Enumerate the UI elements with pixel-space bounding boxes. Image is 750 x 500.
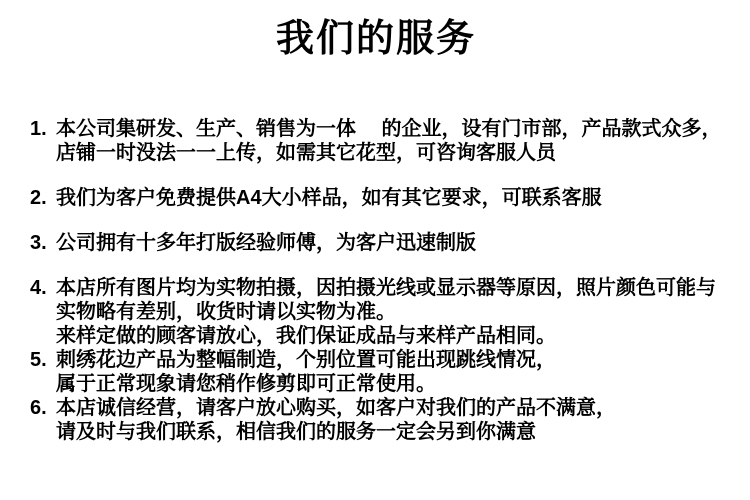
service-line: 本店所有图片均为实物拍摄，因拍摄光线或显示器等原因，照片颜色可能与 xyxy=(56,276,722,300)
item-number: 3. xyxy=(30,231,56,255)
service-line: 我们为客户免费提供A4大小样品，如有其它要求，可联系客服 xyxy=(56,186,722,210)
item-lines: 刺绣花边产品为整幅制造，个别位置可能出现跳线情况， 属于正常现象请您稍作修剪即可… xyxy=(56,348,722,396)
service-item-5: 5. 刺绣花边产品为整幅制造，个别位置可能出现跳线情况， 属于正常现象请您稍作修… xyxy=(30,348,722,396)
service-item-4: 4. 本店所有图片均为实物拍摄，因拍摄光线或显示器等原因，照片颜色可能与 实物略… xyxy=(30,276,722,348)
item-lines: 本店诚信经营，请客户放心购买，如客户对我们的产品不满意， 请及时与我们联系，相信… xyxy=(56,396,722,444)
service-line: 本公司集研发、生产、销售为一体 的企业，设有门市部，产品款式众多， xyxy=(56,117,722,141)
item-number: 5. xyxy=(30,348,56,372)
service-line: 来样定做的顾客请放心，我们保证成品与来样产品相同。 xyxy=(56,324,722,348)
service-line: 属于正常现象请您稍作修剪即可正常使用。 xyxy=(56,372,722,396)
service-item-1: 1. 本公司集研发、生产、销售为一体 的企业，设有门市部，产品款式众多， 店铺一… xyxy=(30,117,722,165)
page-title: 我们的服务 xyxy=(30,16,722,62)
service-list: 1. 本公司集研发、生产、销售为一体 的企业，设有门市部，产品款式众多， 店铺一… xyxy=(30,117,722,444)
item-lines: 我们为客户免费提供A4大小样品，如有其它要求，可联系客服 xyxy=(56,186,722,210)
service-item-6: 6. 本店诚信经营，请客户放心购买，如客户对我们的产品不满意， 请及时与我们联系… xyxy=(30,396,722,444)
service-notice-page: 我们的服务 1. 本公司集研发、生产、销售为一体 的企业，设有门市部，产品款式众… xyxy=(0,0,750,500)
item-lines: 本店所有图片均为实物拍摄，因拍摄光线或显示器等原因，照片颜色可能与 实物略有差别… xyxy=(56,276,722,348)
item-number: 4. xyxy=(30,276,56,300)
service-line: 请及时与我们联系，相信我们的服务一定会另到你满意 xyxy=(56,420,722,444)
service-line: 店铺一时没法一一上传，如需其它花型，可咨询客服人员 xyxy=(56,141,722,165)
service-line: 刺绣花边产品为整幅制造，个别位置可能出现跳线情况， xyxy=(56,348,722,372)
item-number: 1. xyxy=(30,117,56,141)
service-line: 公司拥有十多年打版经验师傅，为客户迅速制版 xyxy=(56,231,722,255)
item-number: 2. xyxy=(30,186,56,210)
service-item-2: 2. 我们为客户免费提供A4大小样品，如有其它要求，可联系客服 xyxy=(30,186,722,210)
service-line: 本店诚信经营，请客户放心购买，如客户对我们的产品不满意， xyxy=(56,396,722,420)
item-lines: 本公司集研发、生产、销售为一体 的企业，设有门市部，产品款式众多， 店铺一时没法… xyxy=(56,117,722,165)
service-line: 实物略有差别，收货时请以实物为准。 xyxy=(56,300,722,324)
item-lines: 公司拥有十多年打版经验师傅，为客户迅速制版 xyxy=(56,231,722,255)
item-number: 6. xyxy=(30,396,56,420)
service-item-3: 3. 公司拥有十多年打版经验师傅，为客户迅速制版 xyxy=(30,231,722,255)
